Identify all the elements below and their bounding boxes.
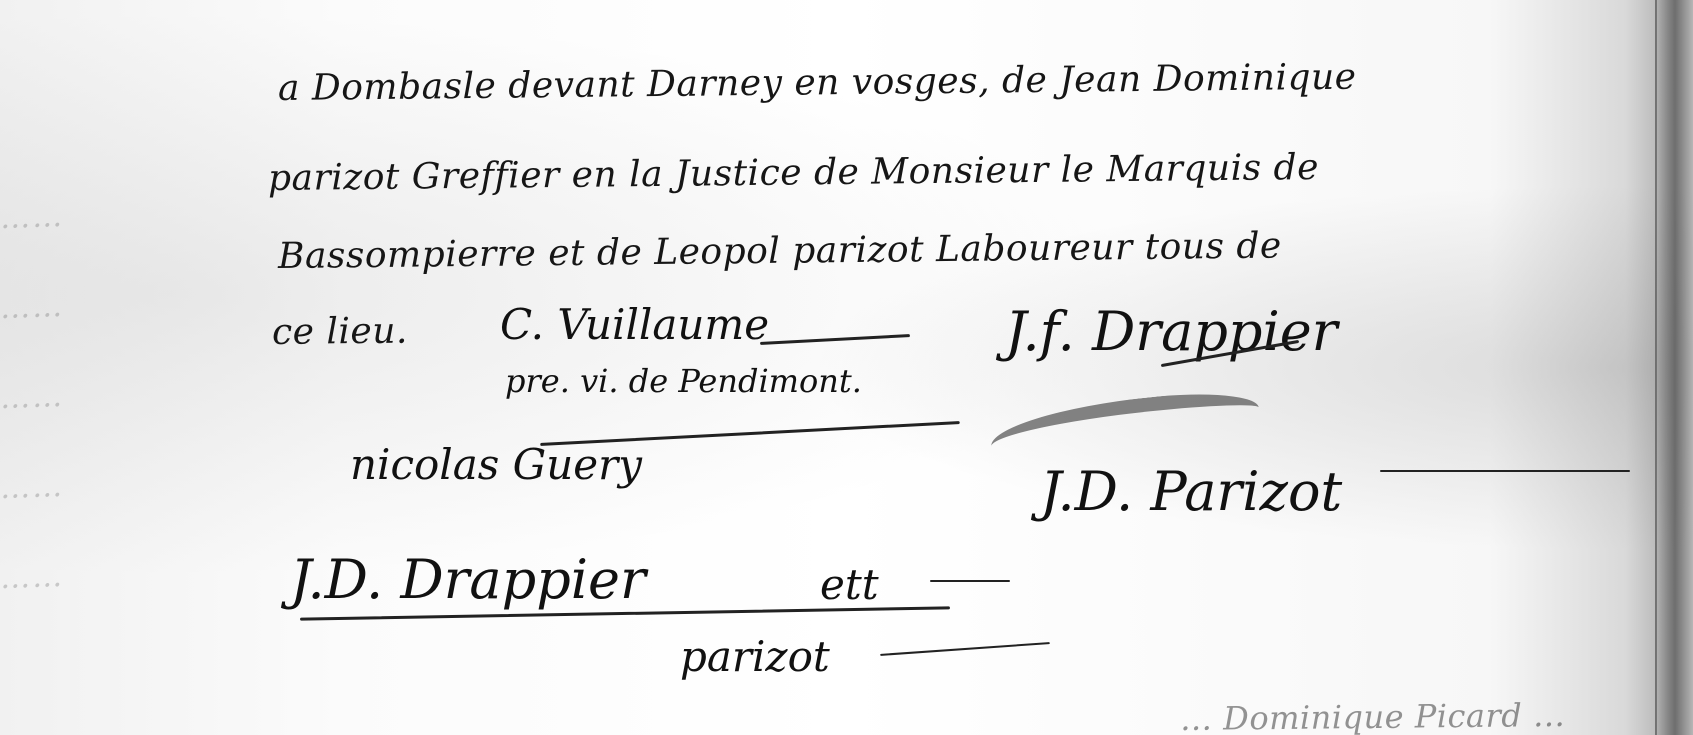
signature-drappier-1: J.f. Drappier [1005, 300, 1338, 363]
signature-drappier-2-suffix: ett [820, 560, 879, 609]
document-page: …… …… …… …… …… a Dombasle devant Darney … [0, 0, 1693, 735]
body-line-2: parizot Greffier en la Justice de Monsie… [268, 147, 1319, 199]
paraph-flourish [988, 386, 1262, 468]
flourish-stroke [880, 642, 1050, 656]
body-line-1: a Dombasle devant Darney en vosges, de J… [278, 57, 1357, 109]
signature-drappier-2: J.D. Drappier [290, 548, 646, 611]
body-line-3: Bassompierre et de Leopol parizot Labour… [278, 225, 1282, 277]
bleed-through-text: …… [0, 469, 65, 506]
body-line-4: ce lieu. [272, 311, 408, 353]
next-entry-fragment: … Dominique Picard … [1180, 696, 1566, 735]
signature-nicolas-guery: nicolas Guery [350, 440, 642, 489]
signature-vuillaume-title: pre. vi. de Pendimont. [505, 362, 862, 400]
signature-parizot: parizot [680, 632, 830, 681]
signature-parizot-jd: J.D. Parizot [1040, 460, 1342, 523]
page-binding-edge [1655, 0, 1693, 735]
bleed-through-text: …… [0, 199, 65, 236]
bleed-through-text: …… [0, 289, 65, 326]
flourish-stroke [930, 580, 1010, 582]
bleed-through-text: …… [0, 559, 65, 596]
signature-vuillaume: C. Vuillaume [500, 300, 769, 349]
flourish-stroke [760, 334, 910, 345]
flourish-stroke [1380, 470, 1630, 472]
bleed-through-text: …… [0, 379, 65, 416]
